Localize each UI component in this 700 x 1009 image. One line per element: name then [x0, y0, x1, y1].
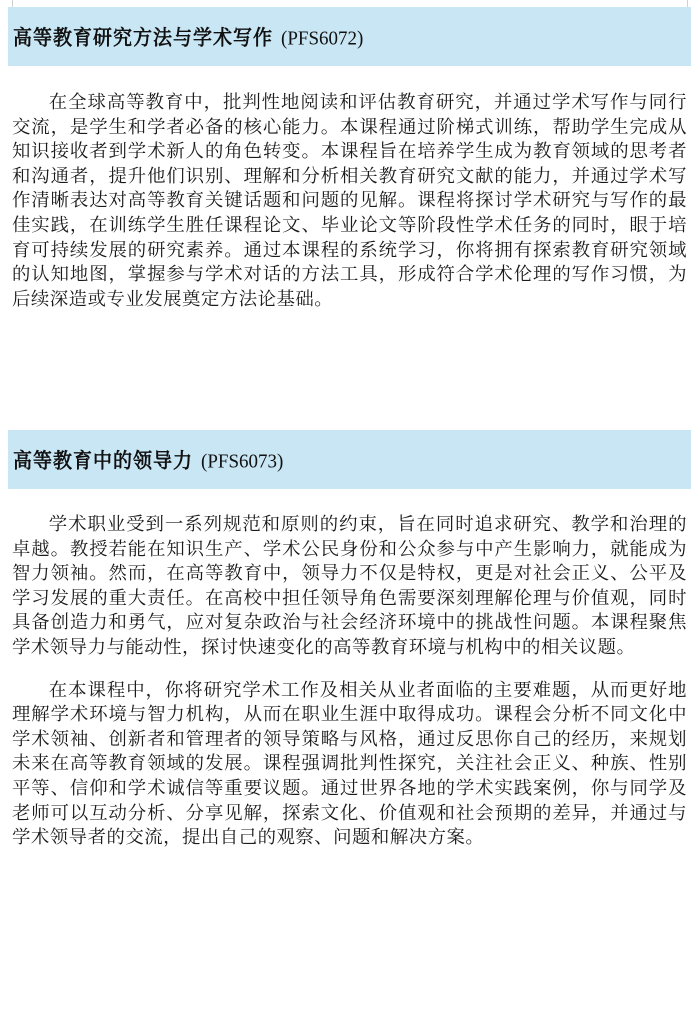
section-header: 高等教育研究方法与学术写作(PFS6072): [8, 7, 691, 66]
description-paragraph: 学术职业受到一系列规范和原则的约束，旨在同时追求研究、教学和治理的卓越。教授若能…: [12, 513, 687, 661]
description-paragraph: 在全球高等教育中，批判性地阅读和评估教育研究，并通过学术写作与同行交流，是学生和…: [12, 91, 687, 312]
crop-mark-left: [12, 0, 13, 7]
course-title: 高等教育研究方法与学术写作(PFS6072): [13, 22, 363, 51]
course-title-text: 高等教育研究方法与学术写作: [13, 26, 273, 50]
course-code: (PFS6073): [201, 450, 283, 473]
course-section-pfs6072: 高等教育研究方法与学术写作(PFS6072) 在全球高等教育中，批判性地阅读和评…: [8, 7, 691, 312]
course-section-pfs6073: 高等教育中的领导力(PFS6073) 学术职业受到一系列规范和原则的约束，旨在同…: [8, 430, 691, 851]
course-code: (PFS6072): [281, 27, 363, 50]
description-paragraph: 在本课程中，你将研究学术工作及相关从业者面临的主要难题，从而更好地理解学术环境与…: [12, 679, 687, 851]
course-title: 高等教育中的领导力(PFS6073): [13, 445, 283, 474]
course-description: 在全球高等教育中，批判性地阅读和评估教育研究，并通过学术写作与同行交流，是学生和…: [8, 66, 691, 312]
section-header: 高等教育中的领导力(PFS6073): [8, 430, 691, 489]
course-description: 学术职业受到一系列规范和原则的约束，旨在同时追求研究、教学和治理的卓越。教授若能…: [8, 489, 691, 851]
course-title-text: 高等教育中的领导力: [13, 449, 193, 473]
crop-mark-right: [687, 0, 688, 7]
